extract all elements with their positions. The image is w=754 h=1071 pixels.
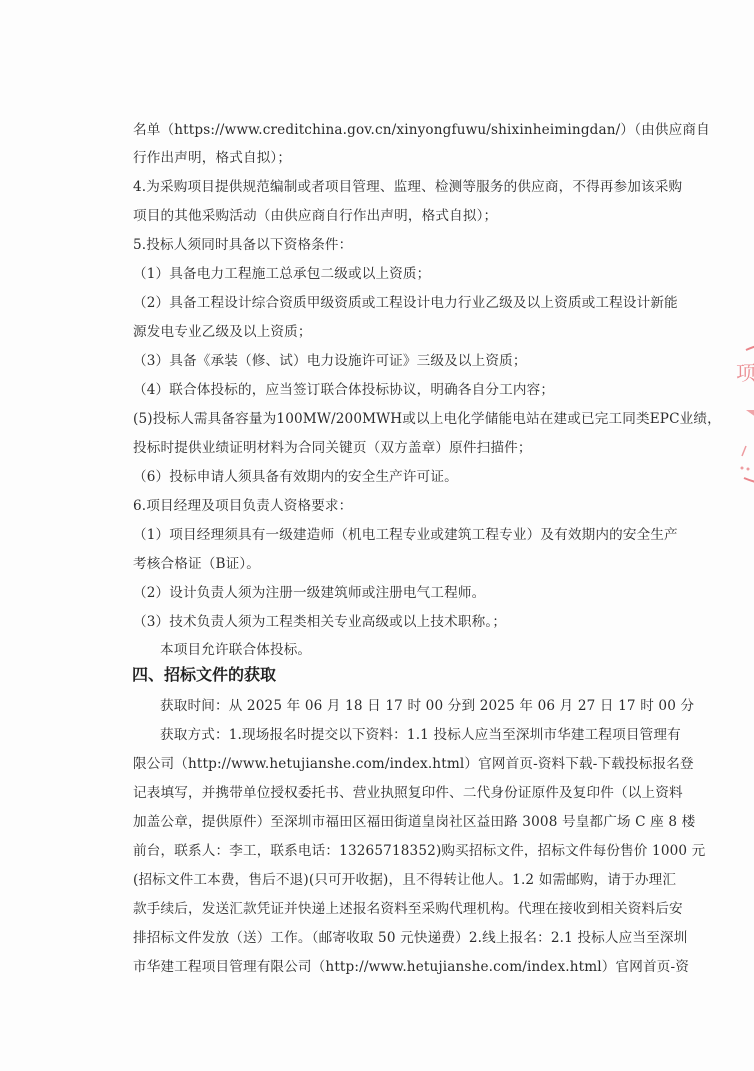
text-line-address: 加盖公章，提供原件）至深圳市福田区福田街道皇岗社区益田路 3008 号皇都广场 … — [133, 813, 633, 831]
text-line-item-5-1: （1）具备电力工程施工总承包二级或以上资质； — [133, 265, 633, 283]
text-line-self-declare-1: 行作出声明，格式自拟）； — [133, 149, 633, 167]
text-line-company-url-2: 市华建工程项目管理有限公司（http://www.hetujianshe.com… — [133, 958, 633, 976]
text-line-online-registration: 排招标文件发放（送）工作。（邮寄收取 50 元快递费）2.线上报名：2.1 投标… — [133, 929, 633, 947]
text-line-item-5-5-cont: 投标时提供业绩证明材料为合同关键页（双方盖章）原件扫描件； — [133, 439, 633, 457]
text-line-obtain-method: 获取方式：1.现场报名时提交以下资料：1.1 投标人应当至深圳市华建工程项目管理… — [160, 726, 633, 744]
text-line-item-6-1-cont: 考核合格证（B证）。 — [133, 555, 633, 573]
text-line-fee-terms: (招标文件工本费，售后不退)(只可开收据)，且不得转让他人。1.2 如需邮购，请… — [133, 871, 633, 889]
text-line-item-5: 5.投标人须同时具备以下资格条件： — [133, 236, 633, 254]
text-line-item-6-3: （3）技术负责人须为工程类相关专业高级或以上技术职称。； — [133, 613, 633, 631]
text-line-required-docs: 记表填写，并携带单位授权委托书、营业执照复印件、二代身份证原件及复印件（以上资料 — [133, 784, 633, 802]
text-line-contact-price: 前台，联系人：李工，联系电话：13265718352)购买招标文件，招标文件每份… — [133, 842, 633, 860]
document-page: 名单（https://www.creditchina.gov.cn/xinyon… — [0, 0, 754, 1071]
text-line-item-6-1: （1）项目经理须具有一级建造师（机电工程专业或建筑工程专业）及有效期内的安全生产 — [133, 526, 633, 544]
svg-text:项: 项 — [736, 361, 754, 385]
text-line-item-5-5: (5)投标人需具备容量为100MW/200MWH或以上电化学储能电站在建或已完工… — [133, 410, 633, 428]
text-line-consortium-allowed: 本项目允许联合体投标。 — [160, 641, 660, 659]
text-line-item-4-cont: 项目的其他采购活动（由供应商自行作出声明，格式自拟）； — [133, 207, 633, 225]
text-line-item-5-2-cont: 源发电专业乙级及以上资质； — [133, 323, 633, 341]
official-seal-icon: 项 — [728, 338, 754, 488]
text-line-item-5-4: （4）联合体投标的，应当签订联合体投标协议，明确各自分工内容； — [133, 381, 633, 399]
text-line-company-url: 限公司（http://www.hetujianshe.com/index.htm… — [133, 755, 633, 773]
text-line-item-5-6: （6）投标申请人须具备有效期内的安全生产许可证。 — [133, 468, 633, 486]
text-line-item-6: 6.项目经理及项目负责人资格要求： — [133, 497, 633, 515]
text-line-item-4: 4.为采购项目提供规范编制或者项目管理、监理、检测等服务的供应商，不得再参加该采… — [133, 178, 633, 196]
text-line-blacklist-url: 名单（https://www.creditchina.gov.cn/xinyon… — [133, 121, 633, 139]
section-heading-obtain-documents: 四、招标文件的获取 — [132, 665, 276, 685]
text-line-mail-order: 款手续后，发送汇款凭证并快递上述报名资料至采购代理机构。代理在接收到相关资料后安 — [133, 900, 633, 918]
text-line-item-5-2: （2）具备工程设计综合资质甲级资质或工程设计电力行业乙级及以上资质或工程设计新能 — [133, 294, 633, 312]
text-line-obtain-time: 获取时间：从 2025 年 06 月 18 日 17 时 00 分到 2025 … — [160, 697, 660, 715]
text-line-item-6-2: （2）设计负责人须为注册一级建筑师或注册电气工程师。 — [133, 584, 633, 602]
text-line-item-5-3: （3）具备《承装（修、试）电力设施许可证》三级及以上资质； — [133, 352, 633, 370]
